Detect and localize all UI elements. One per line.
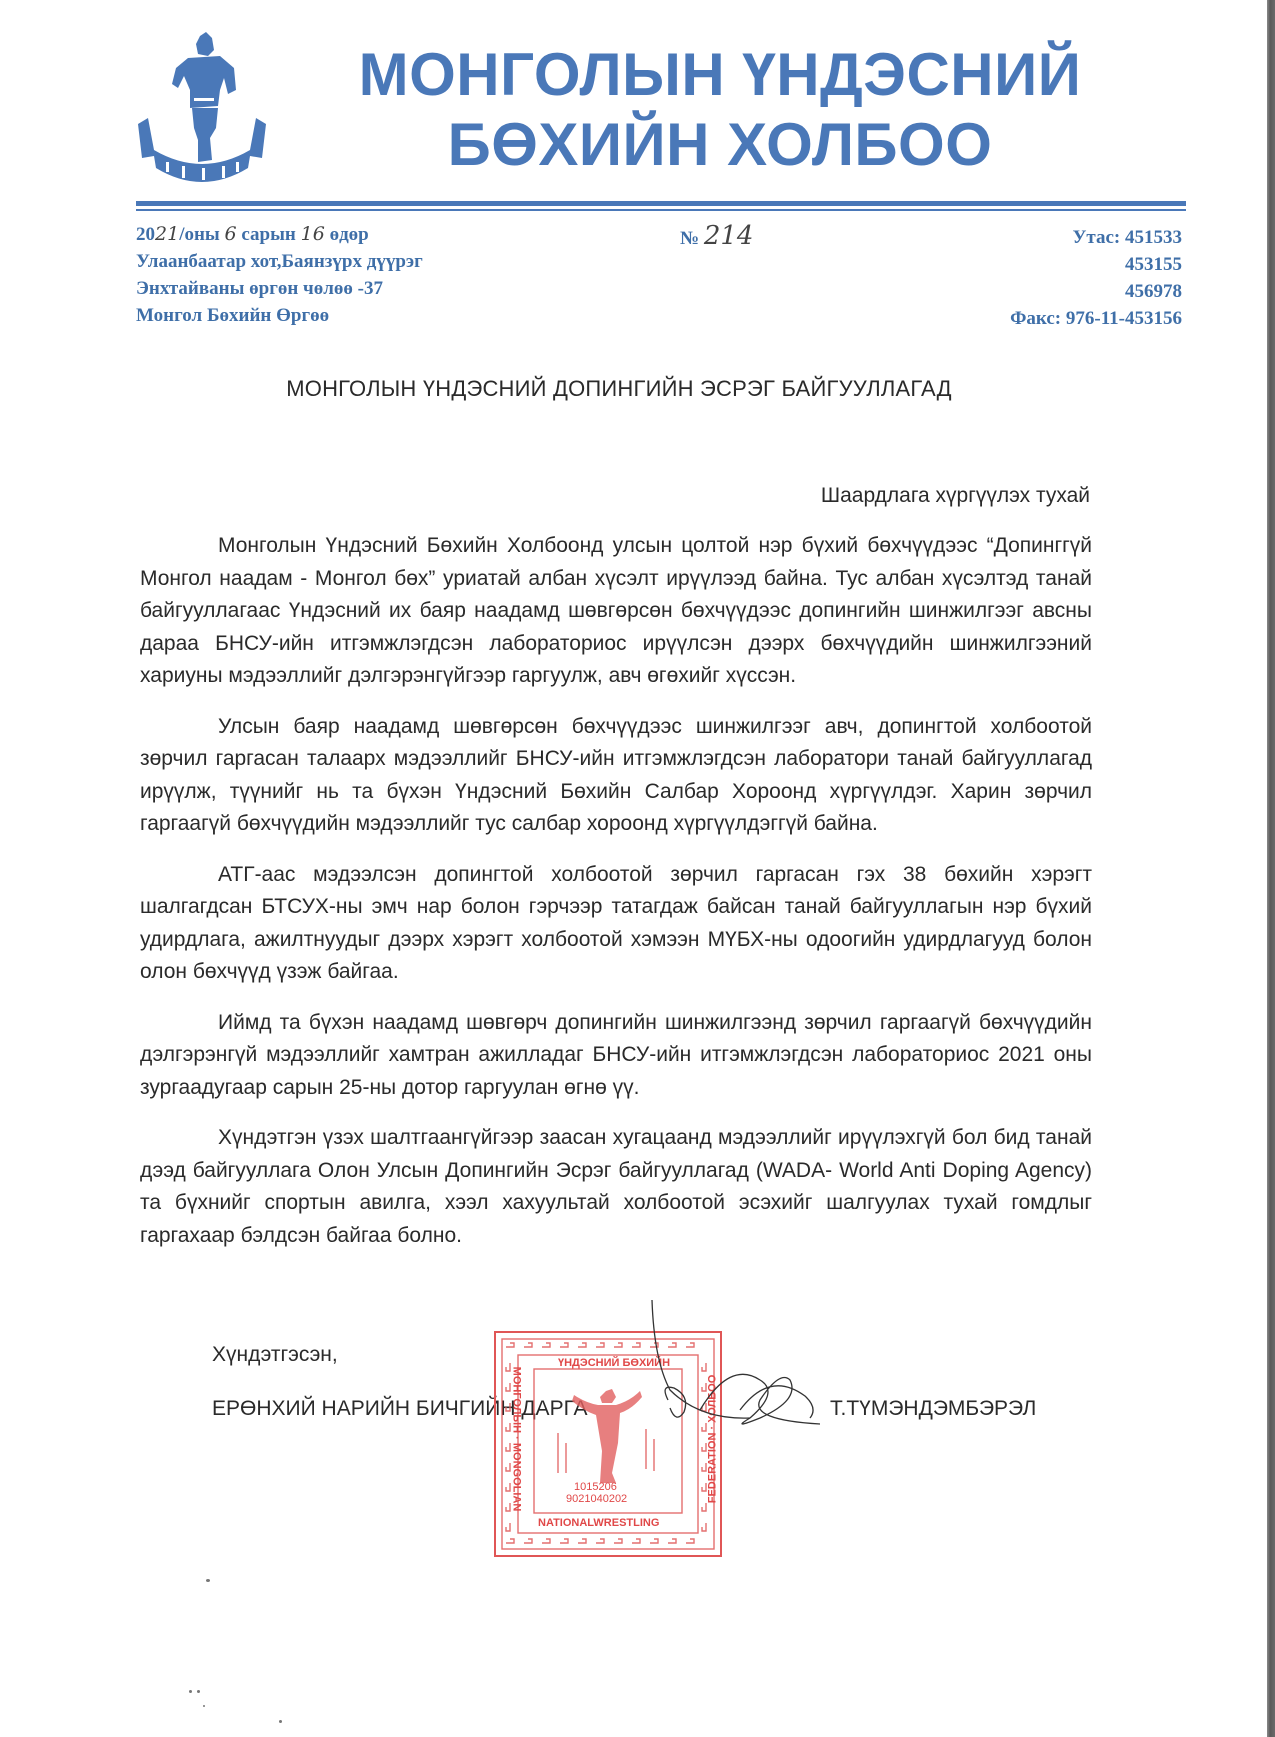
header-rule [136, 201, 1186, 206]
paragraph: АТГ-аас мэдээлсэн допингтой холбоотой зө… [140, 859, 1092, 989]
paragraph: Монголын Үндэсний Бөхийн Холбоонд улсын … [140, 530, 1092, 693]
wrestler-emblem-icon [132, 28, 272, 188]
phone: Утас: 451533 [1010, 224, 1182, 251]
phone: 453155 [1010, 251, 1182, 278]
stamp-number-2: 9021040202 [566, 1493, 627, 1505]
address-line: Монгол Бөхийн Өргөө [136, 302, 423, 329]
reference-number: № 214 [680, 221, 753, 251]
scan-speck [197, 1690, 200, 1693]
subject: Шаардлага хүргүүлэх тухай [821, 484, 1090, 508]
paragraph: Улсын баяр наадамд шөвгөрсөн бөхчүүдээс … [140, 711, 1092, 841]
stamp-number-1: 1015206 [574, 1481, 617, 1493]
recipient: МОНГОЛЫН ҮНДЭСНИЙ ДОПИНГИЙН ЭСРЭГ БАЙГУУ… [0, 376, 1238, 402]
organization-name: МОНГОЛЫН ҮНДЭСНИЙ БӨХИЙН ХОЛБОО [320, 40, 1120, 180]
closing: Хүндэтгэсэн, [212, 1343, 338, 1367]
scan-speck [189, 1690, 192, 1693]
contact-info: Утас: 451533 453155 456978 Факс: 976-11-… [1010, 224, 1182, 332]
scan-speck [279, 1720, 282, 1723]
header-rule-thin [136, 209, 1186, 211]
scan-edge-shadow [1267, 0, 1275, 1737]
letter-date: 2021/оны 6 сарын 16 өдөр [136, 221, 423, 248]
signature-icon [640, 1300, 860, 1470]
stamp-left-text: МОНГОЛЫН · MONGOLIAN [510, 1367, 522, 1512]
address-line: Энхтайваны өргөн чөлөө -37 [136, 275, 423, 302]
phone: 456978 [1010, 278, 1182, 305]
paragraph: Хүндэтгэн үзэх шалтгаангүйгээр заасан ху… [140, 1122, 1092, 1252]
paragraph: Иймд та бүхэн наадамд шөвгөрч допингийн … [140, 1007, 1092, 1105]
stamp-bottom-text: NATIONALWRESTLING [538, 1517, 659, 1529]
signatory-name: Т.ТҮМЭНДЭМБЭРЭЛ [830, 1397, 1036, 1421]
letter-body: Монголын Үндэсний Бөхийн Холбоонд улсын … [140, 530, 1092, 1270]
address-line: Улаанбаатар хот,Баянзүрх дүүрэг [136, 248, 423, 275]
scan-speck [206, 1579, 210, 1582]
fax: Факс: 976-11-453156 [1010, 305, 1182, 332]
date-and-address: 2021/оны 6 сарын 16 өдөр Улаанбаатар хот… [136, 221, 423, 329]
scan-speck [203, 1705, 205, 1707]
